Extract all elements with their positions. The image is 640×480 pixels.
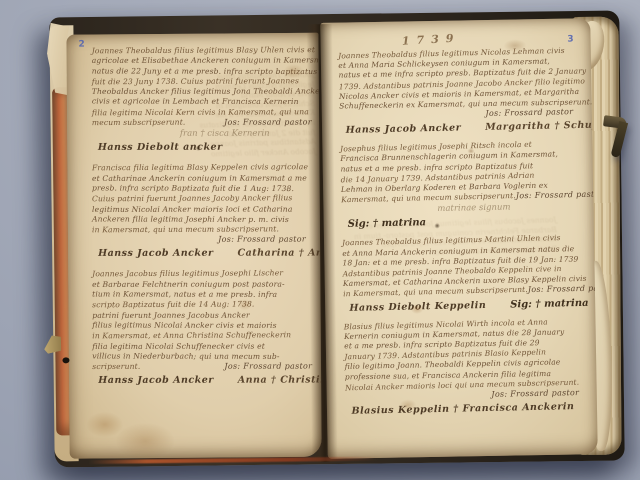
witness-signature: Margaritha † Schuffeneckerin: [485, 119, 598, 135]
witness-signature: Hanss Jacob Ancker: [346, 123, 462, 137]
record-line: scripserunt.: [92, 362, 140, 373]
baptism-entry: Joannes Theobaldus filius legitimus Mart…: [342, 233, 584, 314]
witness-signature: Catharina † Anckerin: [238, 248, 322, 260]
signature-row: Sig: † matrina: [348, 214, 582, 231]
record-line: legitimus Nicolai Ancker maioris loci et…: [92, 204, 312, 215]
right-page-entries: Joannes Theobaldus filius legitimus Nico…: [338, 46, 586, 418]
left-page: 2 Joannes Theobaldus filius legitimus Bl…: [66, 33, 321, 459]
record-line: Cuius patrini fuerunt Joannes Jacoby Anc…: [92, 193, 312, 204]
record-line: in Kamersmat, et Anna Christina Schuffen…: [92, 330, 312, 341]
record-line: filia legitima Nicolai Schuffenecker civ…: [92, 341, 312, 352]
record-line: agricolae et Elisabethae Anckeren coniug…: [92, 56, 312, 67]
officiant-signature: Jos: Frossard pastor: [528, 284, 598, 296]
record-line: Joannes Jacobus filius legitimus Josephi…: [92, 269, 312, 280]
record-line: mecum subscripserunt.: [92, 118, 186, 129]
left-page-content: Joannes Theobaldus filius legitimus Blas…: [68, 34, 321, 458]
record-line: patrini fuerunt Joannes Jacobus Ancker: [92, 310, 312, 321]
baptism-entry: Francisca filia legitima Blasy Keppelen …: [92, 163, 312, 260]
witness-mark: Sig: † matrina: [348, 218, 427, 232]
witness-mark: Sig: † matrina: [510, 297, 589, 311]
record-tail: mecum subscripserunt.Jos: Frossard pasto…: [92, 118, 312, 129]
baptism-entry: Joannes Theobaldus filius legitimus Blas…: [92, 46, 312, 155]
record-line: civis et agricolae in Lembach et Francis…: [92, 97, 312, 108]
register-book: 2 Joannes Theobaldus filius legitimus Bl…: [49, 11, 624, 468]
right-page-content: 1739 Joannes Theobaldus filius legitimus…: [320, 18, 598, 459]
clasp-rivet: [62, 357, 69, 363]
signature-row: Hanss Jacob AnckerMargaritha † Schuffene…: [346, 120, 580, 137]
record-line: natus die 22 Juny et a me presb. infra s…: [92, 66, 312, 77]
record-line: in Kamersmat, qui una mecum subscripseru…: [92, 224, 312, 235]
record-line: et Barbarae Felchtnerin coniugum post pa…: [92, 279, 312, 290]
record-tail: scripserunt.Jos: Frossard pastor: [92, 362, 312, 373]
witness-signature: Hanss Jacob Ancker: [98, 375, 213, 387]
leather-clasp-strap: [603, 110, 636, 166]
witness-signature: Hanss Jacob Ancker: [98, 248, 213, 260]
baptism-entry: Joannes Theobaldus filius legitimus Nico…: [338, 46, 580, 137]
baptism-entry: Josephus filius legitimus Josephi Ritsch…: [340, 139, 582, 231]
signature-row: Hanss Diebolt KeppelinSig: † matrina: [349, 298, 583, 315]
officiant-signature: Jos: Frossard pastor: [516, 190, 598, 202]
officiant-signature: Jos: Frossard pastor: [224, 118, 312, 128]
faint-signature: fran † cisca Kernerin: [180, 129, 312, 139]
year-heading: 1739: [402, 25, 579, 49]
witness-signature: Anna † Christina Schuffenecker: [238, 375, 322, 387]
record-line: filia legitima Nicolai Kern civis in Kam…: [92, 107, 312, 118]
record-line: villicus in Niederburbach; qui una mecum…: [92, 351, 312, 362]
witness-signature: Hanss Diebolt Keppelin: [349, 300, 486, 315]
signature-row: Blasius Keppelin † Francisca Anckerin: [351, 401, 585, 418]
record-line: fuit die 23 Juny 1738. Cuius patrini fue…: [92, 76, 312, 87]
baptism-entry: Joannes Jacobus filius legitimus Josephi…: [92, 269, 312, 387]
baptism-entry: Blasius filius legitimus Nicolai Wirth i…: [344, 317, 586, 418]
signature-row: Hanss Jacob AnckerAnna † Christina Schuf…: [98, 375, 312, 387]
witness-signature: Hanss Diebolt ancker: [98, 142, 223, 154]
signature-row: Hanss Diebolt ancker: [98, 142, 312, 154]
record-line: Francisca filia legitima Blasy Keppelen …: [92, 163, 312, 174]
right-page: 3 1739 Joannes Theobaldus filius legitim…: [320, 18, 598, 459]
officiant-signature: Jos: Frossard pastor: [224, 362, 312, 372]
faint-signature: matrinae signum: [437, 201, 581, 214]
record-line: et Catharinae Anckerin coniugum in Kamer…: [92, 173, 312, 184]
record-line: scripto Baptizatus fuit die 14 Aug: 1738…: [92, 300, 312, 311]
record-line: Joannes Theobaldus filius legitimus Blas…: [92, 45, 312, 56]
officiant-signature: Jos: Frossard pastor: [92, 235, 306, 245]
signature-row: Hanss Jacob AnckerCatharina † Anckerin: [98, 248, 312, 260]
witness-signature: Blasius Keppelin † Francisca Anckerin: [351, 401, 574, 418]
photo-background: 2 Joannes Theobaldus filius legitimus Bl…: [0, 0, 640, 480]
